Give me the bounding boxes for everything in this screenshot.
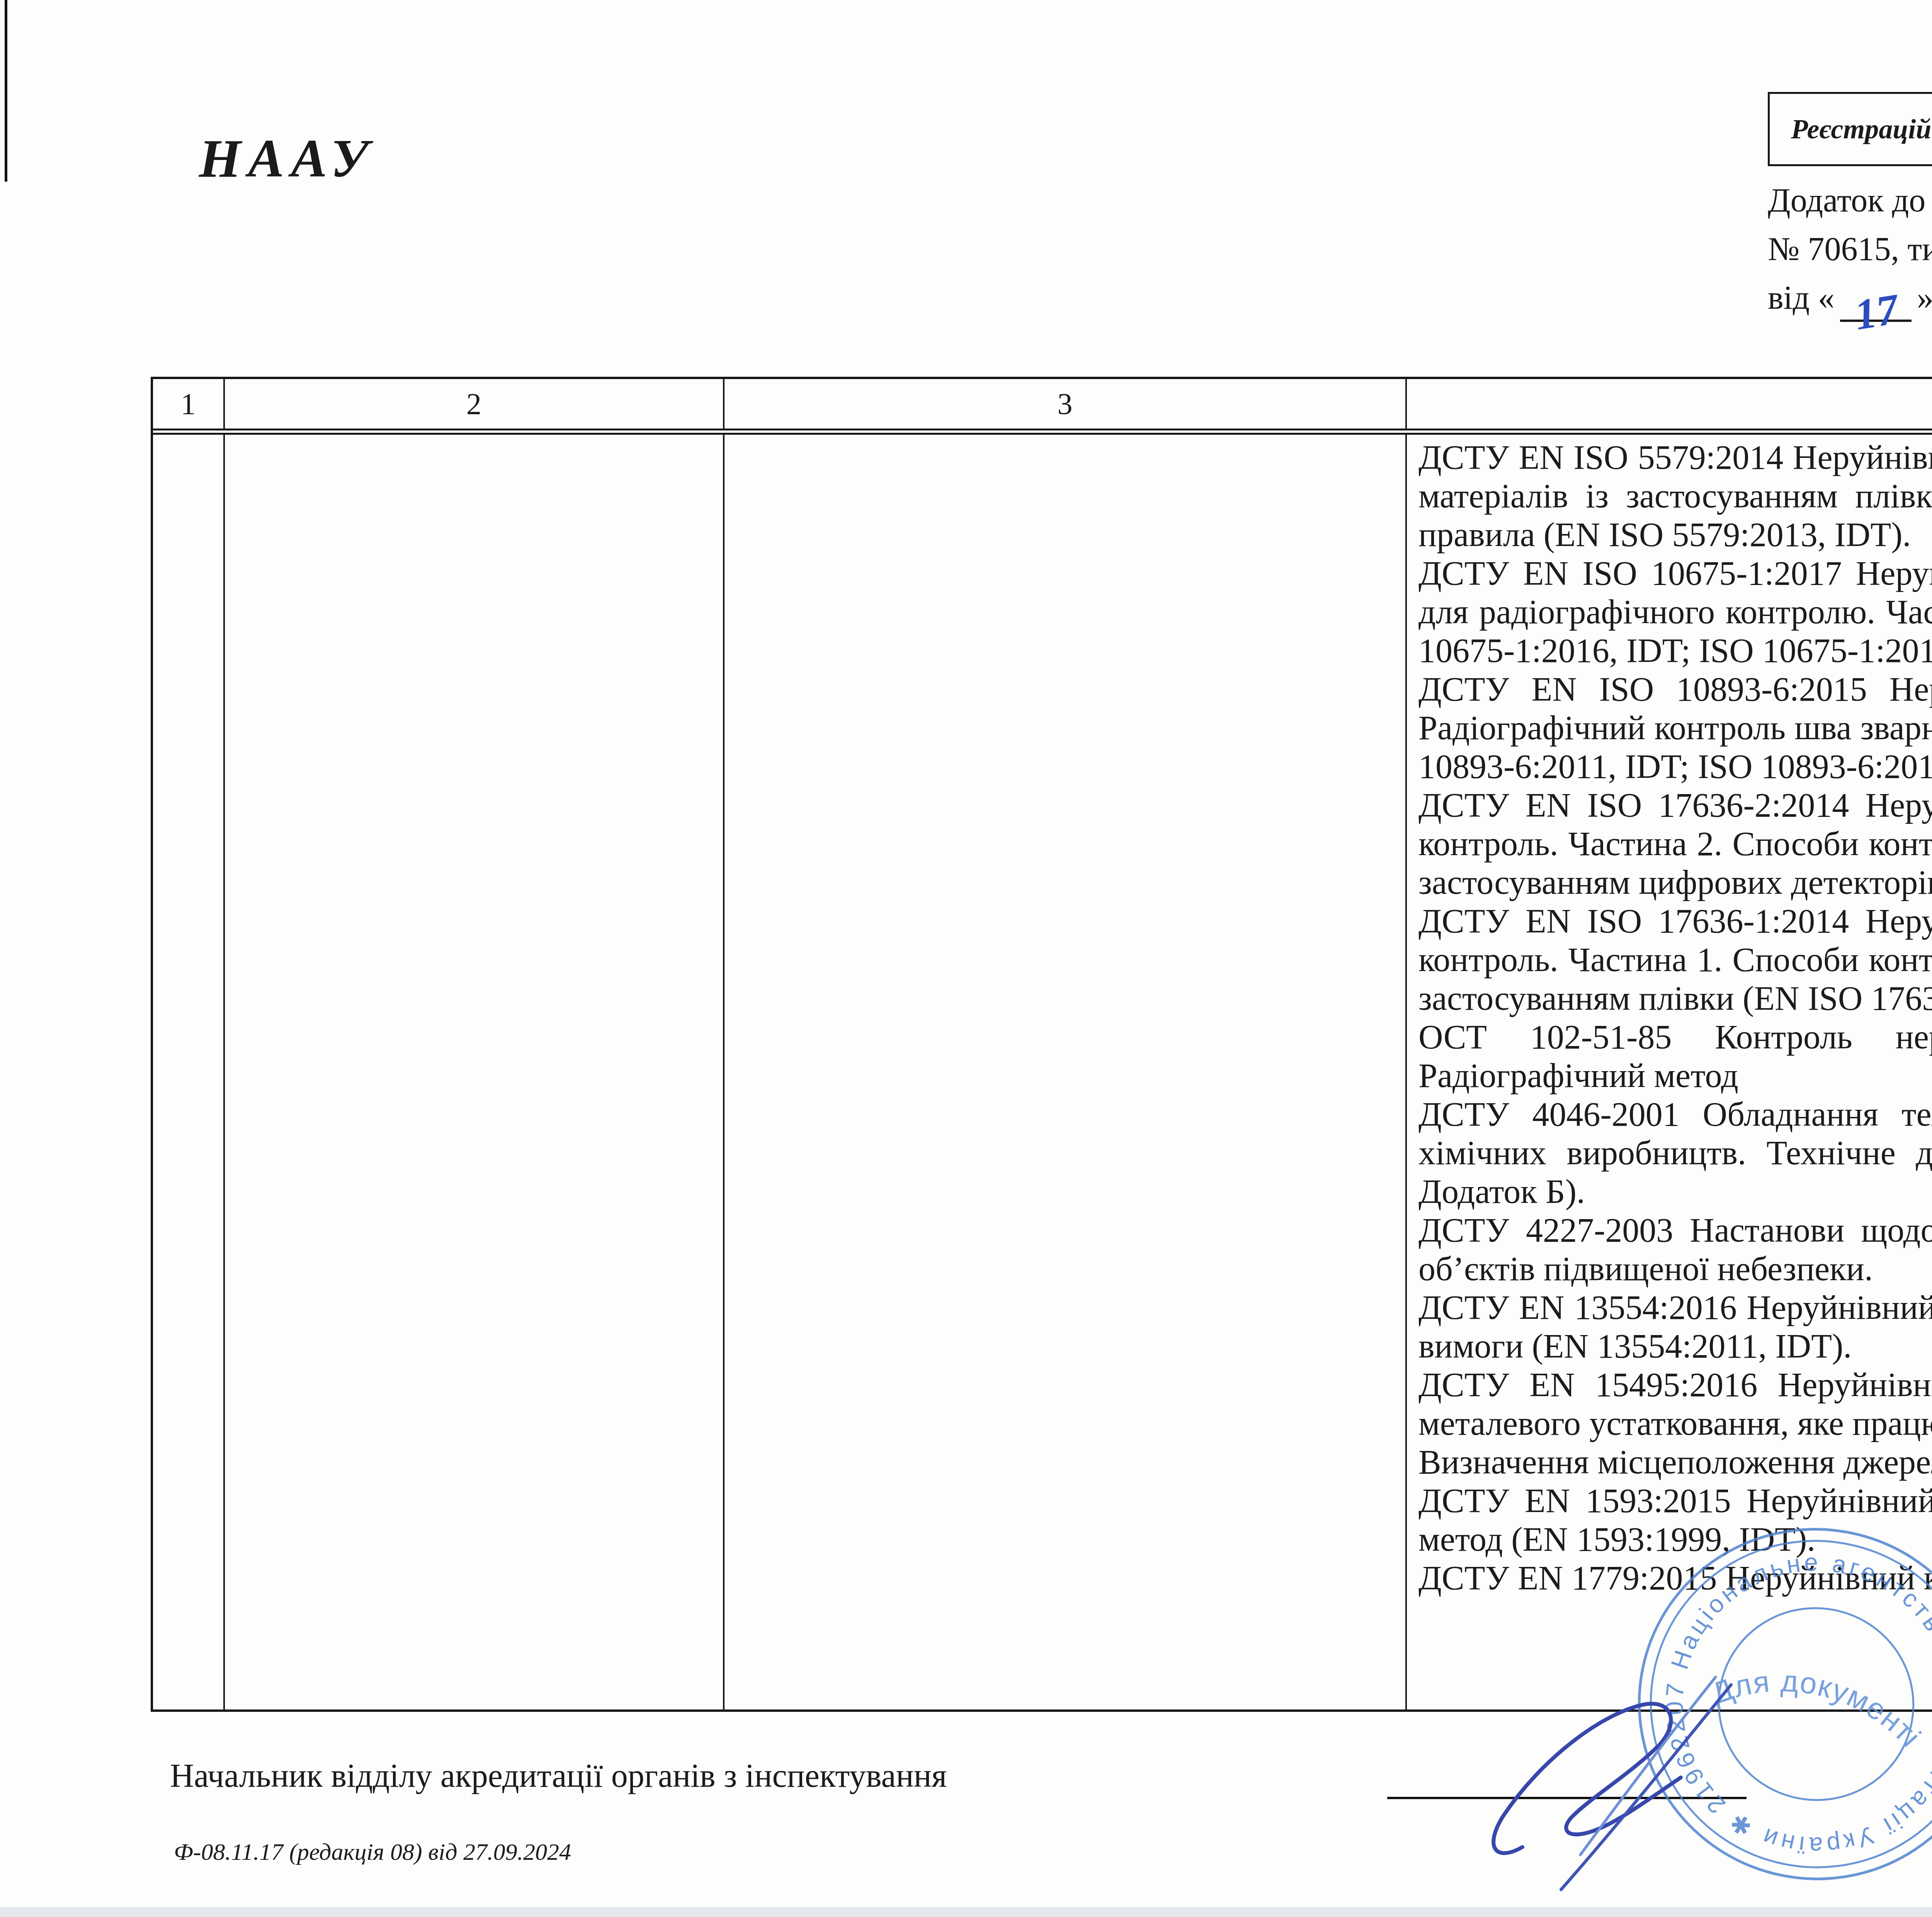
annex-title-block: Додаток до атестата про акредитацію № 70… (1768, 176, 1932, 322)
standard-entry: ДСТУ EN ISO 17636-2:2014 Неруйнівний кон… (1418, 786, 1932, 902)
standard-entry: ДСТУ 4227-2003 Настанови щодо проведення… (1418, 1211, 1932, 1289)
scan-bottom-strip (0, 1907, 1932, 1917)
standard-entry: ДСТУ EN 15495:2016 Неруйнівний контроль.… (1418, 1366, 1932, 1482)
standard-entry: ДСТУ EN ISO 10675-1:2017 Неруйнівний кон… (1418, 555, 1932, 670)
standard-entry: ДСТУ EN 13554:2016 Неруйнівний контроль.… (1418, 1289, 1932, 1366)
column-empty-2 (225, 435, 724, 1709)
registration-label: Реєстраційний номер ООВ (1770, 94, 1932, 164)
standard-entry: ДСТУ EN ISO 17636-1:2014 Неруйнівний кон… (1418, 902, 1932, 1018)
annex-number-line: № 70615, тип А (1768, 225, 1932, 273)
header-cell-2: 2 (225, 379, 724, 429)
date-suffix: » грудня 2024р. (1917, 279, 1932, 316)
naau-logo: НААУ (199, 128, 375, 190)
handwritten-day: 17 (1851, 285, 1901, 340)
standard-entry: ДСТУ 4046-2001 Обладнання технологічне н… (1418, 1095, 1932, 1211)
date-prefix: від « (1768, 279, 1835, 316)
signatory-title: Начальник відділу акредитації органів з … (170, 1756, 947, 1795)
header-cell-4: 4 (1407, 379, 1932, 429)
registration-box: Реєстраційний номер ООВ 70615 (1768, 92, 1932, 166)
annex-title: Додаток до атестата про акредитацію (1768, 176, 1932, 225)
table-header-row: 1 2 3 4 (153, 379, 1932, 435)
date-blank-underline: 17 (1840, 282, 1912, 322)
standard-entry: ДСТУ EN ISO 10893-6:2015 Неруйнівний кон… (1418, 670, 1932, 786)
form-code: Ф-08.11.17 (редакція 08) від 27.09.2024 (174, 1839, 571, 1866)
signature-scribble (1464, 1662, 1781, 1893)
standard-entry: ДСТУ EN ISO 5579:2014 Неруйнівний контро… (1418, 439, 1932, 555)
column-empty-3 (724, 435, 1407, 1709)
header-cell-3: 3 (724, 379, 1407, 429)
standards-table: 1 2 3 4 ДСТУ EN ISO 5579:2014 Неруйнівни… (151, 377, 1932, 1712)
column-empty-1 (153, 435, 225, 1709)
standard-entry: ОСТ 102-51-85 Контроль неруйнівний. Звар… (1418, 1018, 1932, 1095)
header-cell-1: 1 (153, 379, 225, 429)
annex-date-line: від «17» грудня 2024р. (1768, 273, 1932, 322)
scan-edge-artifact (5, 0, 7, 182)
scanned-document-page: НААУ Реєстраційний номер ООВ 70615 Додат… (0, 0, 1932, 1917)
